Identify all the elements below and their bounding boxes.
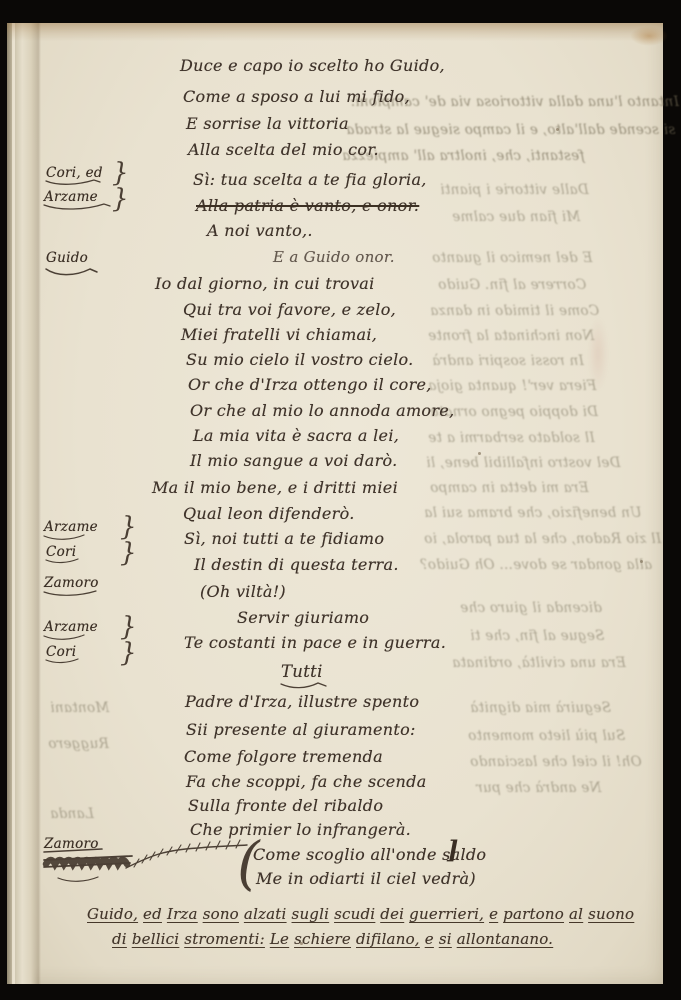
verse-line: Qui tra voi favore, e zelo, <box>183 300 396 319</box>
margin-character-cue: Cori, ed <box>46 165 103 181</box>
stage-direction-word: e <box>489 905 498 923</box>
margin-character-cue: Zamoro <box>44 575 99 591</box>
verse-line: Come folgore tremenda <box>184 747 383 766</box>
stage-direction-word: stromenti: <box>184 930 265 948</box>
verse-line: E sorrise la vittoria <box>186 114 349 133</box>
verse-line: Servir giuriamo <box>237 608 369 627</box>
verse-line: Io dal giorno, in cui trovai <box>155 274 375 293</box>
bleedthrough-line: Landa <box>50 806 94 822</box>
stage-direction-word: al <box>569 905 583 923</box>
margin-character-cue: Zamoro <box>44 836 99 852</box>
verse-line: Su mio cielo il vostro cielo. <box>186 350 414 369</box>
verse-line: Ma il mio bene, e i dritti miei <box>152 478 398 497</box>
stage-direction-word: difilano, <box>356 930 420 948</box>
stage-direction-word: dei <box>380 905 404 923</box>
verse-line: Il destin di questa terra. <box>194 555 399 574</box>
stage-direction-line: Guido,edIrzasonoalzatisugliscudideiguerr… <box>87 905 639 923</box>
bracket-glyph: } <box>120 614 137 640</box>
bleedthrough-line: E del nemico il guanto <box>432 250 592 266</box>
bleedthrough-line: Mi fian due calme <box>452 209 580 225</box>
bleedthrough-line: Montani <box>50 700 109 716</box>
verse-line: E a Guido onor. <box>273 248 395 266</box>
verse-line: Alla scelta del mio cor. <box>188 140 379 159</box>
verse-line: Fa che scoppi, fa che scenda <box>186 772 427 791</box>
bleedthrough-line: Come il timido in danza <box>430 303 599 319</box>
verse-line: (Oh viltà!) <box>200 582 286 601</box>
bleedthrough-line: Non inchinata la fronte <box>428 328 594 344</box>
bracket-glyph: ( <box>237 834 260 892</box>
stage-direction-word: si <box>439 930 452 948</box>
bracket-glyph: } <box>120 640 137 666</box>
stage-direction-word: Le <box>270 930 289 948</box>
verse-line: Alla patria è vanto, e onor. <box>196 196 419 215</box>
page-edge-highlight <box>12 23 15 984</box>
verse-line: Tutti <box>281 662 323 681</box>
verse-line: Padre d'Irza, illustre spento <box>185 692 419 711</box>
bleedthrough-line: Il zio Radon, che la tua parola, io <box>424 531 661 547</box>
bleedthrough-line: Fiera ver'! quanta gioja <box>428 378 596 394</box>
stage-direction-word: scudi <box>334 905 375 923</box>
bleedthrough-line: Di doppio pegno ornata <box>430 404 598 420</box>
stage-direction-word: schiere <box>294 930 351 948</box>
bleedthrough-line: Dalle vittorie i pianti <box>440 182 589 198</box>
bracket-glyph: ] <box>447 838 458 862</box>
bracket-glyph: } <box>112 160 129 186</box>
bracket-glyph: } <box>120 540 137 566</box>
verse-line: Or che al mio lo annoda amore, <box>190 401 454 420</box>
verse-line: Sulla fronte del ribaldo <box>188 796 383 815</box>
stage-direction-word: guerrieri, <box>409 905 484 923</box>
margin-character-cue: Arzame <box>44 189 98 205</box>
verse-line: A noi vanto,. <box>207 221 313 240</box>
verse-line: Che primier lo infrangerà. <box>190 820 411 839</box>
corner-stain <box>630 26 668 46</box>
margin-character-cue: Arzame <box>44 519 98 535</box>
bleedthrough-line: Era mi detta in campo <box>430 480 589 496</box>
bleedthrough-line: Sul più lieto momento <box>468 728 625 744</box>
bleedthrough-line: Segue al fin, che ti <box>470 628 604 644</box>
verse-line: Il mio sangue a voi darò. <box>190 451 398 470</box>
margin-character-cue: Cori <box>46 544 76 560</box>
verse-line: Sì: tua scelta a te fia gloria, <box>193 170 427 189</box>
stage-direction-word: sono <box>203 905 239 923</box>
margin-character-cue: Guido <box>46 250 88 266</box>
bleedthrough-line: In rossi sospiri andrà <box>432 353 584 369</box>
bleedthrough-line: Il soldato serbarmi a te <box>428 430 595 446</box>
bracket-glyph: } <box>112 186 129 212</box>
manuscript-photo: Intanto l'una dalla vittoriosa via de' c… <box>0 0 681 1000</box>
stage-direction-word: Guido, <box>87 905 138 923</box>
verse-line: Come a sposo a lui mi fido, <box>183 87 410 106</box>
stage-direction-word: allontanano. <box>457 930 553 948</box>
stage-direction-word: sugli <box>292 905 330 923</box>
bleedthrough-line: Ne andrà che pur <box>476 780 601 796</box>
top-browning-stain <box>7 23 663 41</box>
verse-line: Miei fratelli vi chiamai, <box>181 325 377 344</box>
bleedthrough-line: Seguirà mia dignità <box>470 700 611 716</box>
bleedthrough-line: Era una civiltà, ordinata <box>452 655 626 671</box>
stage-direction-word: di <box>112 930 127 948</box>
stage-direction-word: e <box>425 930 434 948</box>
stage-direction-word: suono <box>588 905 634 923</box>
bleedthrough-line: si scende dall'alto, e il campo siegue l… <box>346 122 675 138</box>
bleedthrough-line: Ruggero <box>48 736 109 752</box>
bleedthrough-line: Oh! il ciel che lasciando <box>470 754 642 770</box>
stage-direction-word: partono <box>503 905 564 923</box>
bleedthrough-line: Un benefizio, che brama sui la <box>424 505 642 521</box>
bleedthrough-line: Del vostro infallibil bene, li <box>426 455 621 471</box>
verse-line: Sì, noi tutti a te fidiamo <box>184 529 384 548</box>
bleedthrough-line: alla gondar se dove... Oh Guido? <box>420 557 652 573</box>
verse-line: Duce e capo io scelto ho Guido, <box>180 56 445 75</box>
verse-line: Qual leon difenderò. <box>183 504 355 523</box>
verse-line: Or che d'Irza ottengo il core, <box>188 375 432 394</box>
bleedthrough-line: dicenda il giuro che <box>460 600 602 616</box>
verse-line: La mia vita è sacra a lei, <box>193 426 399 445</box>
margin-character-cue: Cori <box>46 644 76 660</box>
bracket-glyph: } <box>120 514 137 540</box>
verse-line: Me in odiarti il ciel vedrà) <box>256 869 476 888</box>
stage-direction-word: ed <box>143 905 162 923</box>
verse-line: Sii presente al giuramento: <box>186 720 416 739</box>
stage-direction-line: dibellicistromenti:Leschieredifilano,esi… <box>112 930 558 948</box>
stage-direction-word: Irza <box>167 905 198 923</box>
bleedthrough-line: Correre al fin. Guido <box>438 277 586 293</box>
stage-direction-word: alzati <box>244 905 287 923</box>
stage-direction-word: bellici <box>132 930 179 948</box>
verse-line: Te costanti in pace e in guerra. <box>184 633 446 652</box>
margin-character-cue: Arzame <box>44 619 98 635</box>
